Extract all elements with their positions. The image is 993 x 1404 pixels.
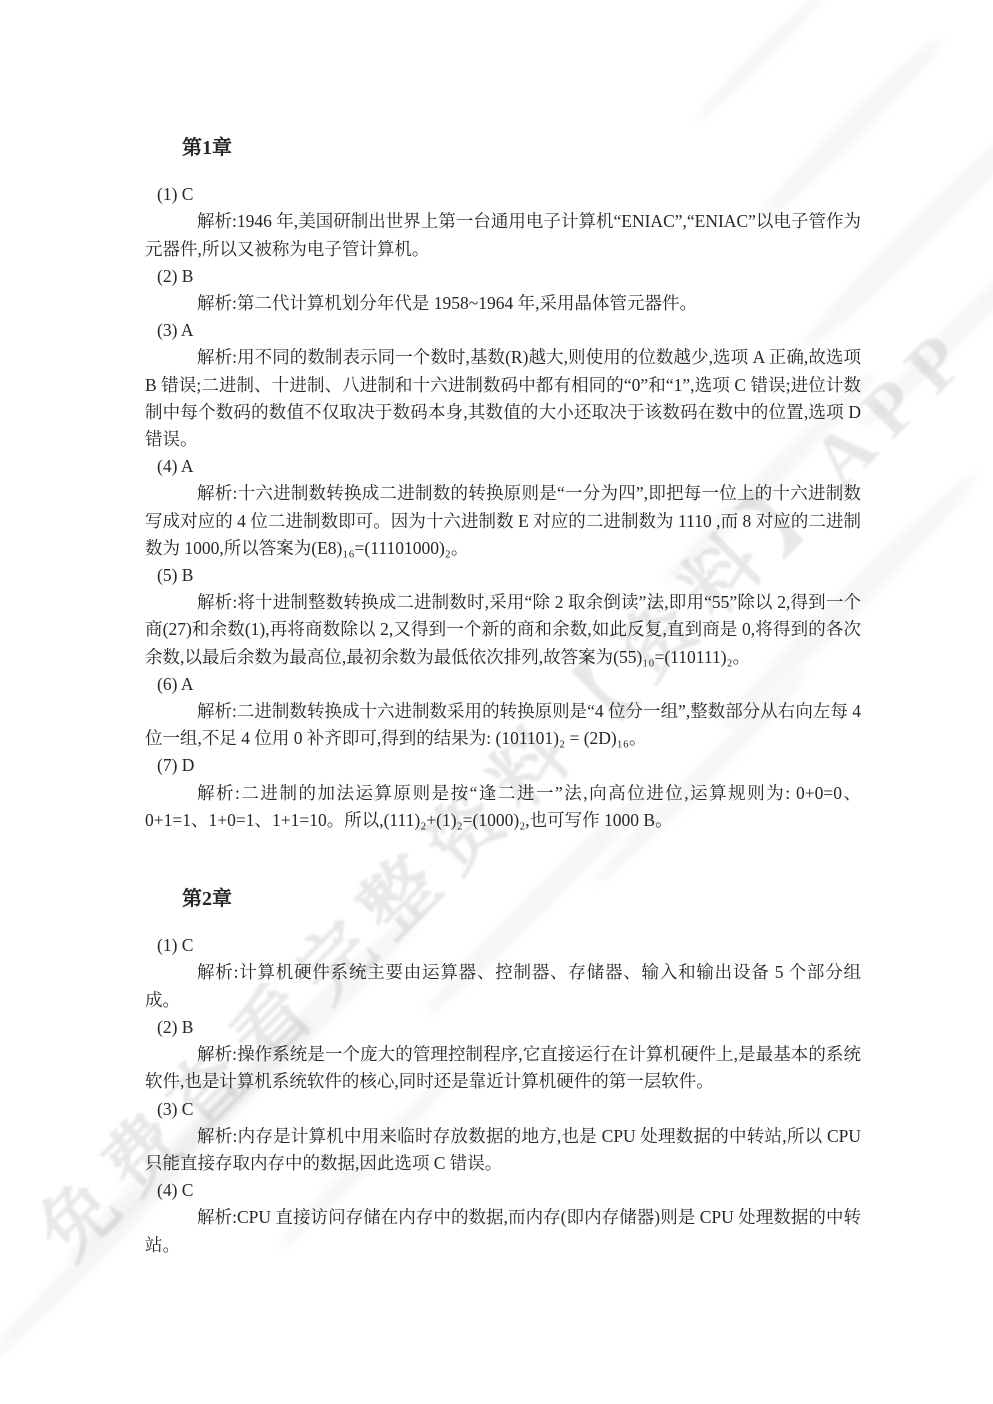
answer-item: (3) A 解析:用不同的数制表示同一个数时,基数(R)越大,则使用的位数越少,… [145,317,861,453]
explanation-text: 解析:将十进制整数转换成二进制数时,采用“除 2 取余倒读”法,即用“55”除以… [145,589,861,671]
explanation-text: 解析:二进制数转换成十六进制数采用的转换原则是“4 位分一组”,整数部分从右向左… [145,698,861,752]
answer-label: (7) D [145,752,861,779]
chapter-2: 第2章 (1) C 解析:计算机硬件系统主要由运算器、控制器、存储器、输入和输出… [145,886,861,1259]
answer-item: (1) C 解析:1946 年,美国研制出世界上第一台通用电子计算机“ENIAC… [145,181,861,263]
explanation-text: 解析:内存是计算机中用来临时存放数据的地方,也是 CPU 处理数据的中转站,所以… [145,1123,861,1177]
answer-item: (6) A 解析:二进制数转换成十六进制数采用的转换原则是“4 位分一组”,整数… [145,671,861,753]
answer-label: (5) B [145,562,861,589]
explanation-text: 解析:1946 年,美国研制出世界上第一台通用电子计算机“ENIAC”,“ENI… [145,208,861,262]
document-page: 免费查看完整资料【资料】APP 第1章 (1) C 解析:1946 年,美国研制… [0,0,993,1404]
answer-label: (4) C [145,1177,861,1204]
answer-label: (2) B [145,263,861,290]
answer-label: (1) C [145,932,861,959]
answer-item: (3) C 解析:内存是计算机中用来临时存放数据的地方,也是 CPU 处理数据的… [145,1096,861,1178]
answer-item: (2) B 解析:第二代计算机划分年代是 1958~1964 年,采用晶体管元器… [145,263,861,317]
answer-label: (3) C [145,1096,861,1123]
answer-item: (5) B 解析:将十进制整数转换成二进制数时,采用“除 2 取余倒读”法,即用… [145,562,861,671]
answer-label: (1) C [145,181,861,208]
explanation-text: 解析:第二代计算机划分年代是 1958~1964 年,采用晶体管元器件。 [145,290,861,317]
page-content: 第1章 (1) C 解析:1946 年,美国研制出世界上第一台通用电子计算机“E… [145,135,861,1259]
explanation-text: 解析:操作系统是一个庞大的管理控制程序,它直接运行在计算机硬件上,是最基本的系统… [145,1041,861,1095]
chapter-1-title: 第1章 [182,135,861,162]
explanation-text: 解析:用不同的数制表示同一个数时,基数(R)越大,则使用的位数越少,选项 A 正… [145,344,861,453]
chapter-1: 第1章 (1) C 解析:1946 年,美国研制出世界上第一台通用电子计算机“E… [145,135,861,834]
chapter-2-title: 第2章 [182,886,861,913]
answer-label: (3) A [145,317,861,344]
answer-label: (4) A [145,453,861,480]
answer-label: (2) B [145,1014,861,1041]
answer-item: (4) A 解析:十六进制数转换成二进制数的转换原则是“一分为四”,即把每一位上… [145,453,861,562]
explanation-text: 解析:CPU 直接访问存储在内存中的数据,而内存(即内存储器)则是 CPU 处理… [145,1204,861,1258]
explanation-text: 解析:十六进制数转换成二进制数的转换原则是“一分为四”,即把每一位上的十六进制数… [145,480,861,562]
answer-item: (2) B 解析:操作系统是一个庞大的管理控制程序,它直接运行在计算机硬件上,是… [145,1014,861,1096]
explanation-text: 解析:二进制的加法运算原则是按“逢二进一”法,向高位进位,运算规则为: 0+0=… [145,780,861,834]
answer-item: (4) C 解析:CPU 直接访问存储在内存中的数据,而内存(即内存储器)则是 … [145,1177,861,1259]
answer-label: (6) A [145,671,861,698]
explanation-text: 解析:计算机硬件系统主要由运算器、控制器、存储器、输入和输出设备 5 个部分组成… [145,959,861,1013]
answer-item: (1) C 解析:计算机硬件系统主要由运算器、控制器、存储器、输入和输出设备 5… [145,932,861,1014]
watermark-stripe [853,222,993,436]
answer-item: (7) D 解析:二进制的加法运算原则是按“逢二进一”法,向高位进位,运算规则为… [145,752,861,834]
watermark-stripe [691,0,830,126]
